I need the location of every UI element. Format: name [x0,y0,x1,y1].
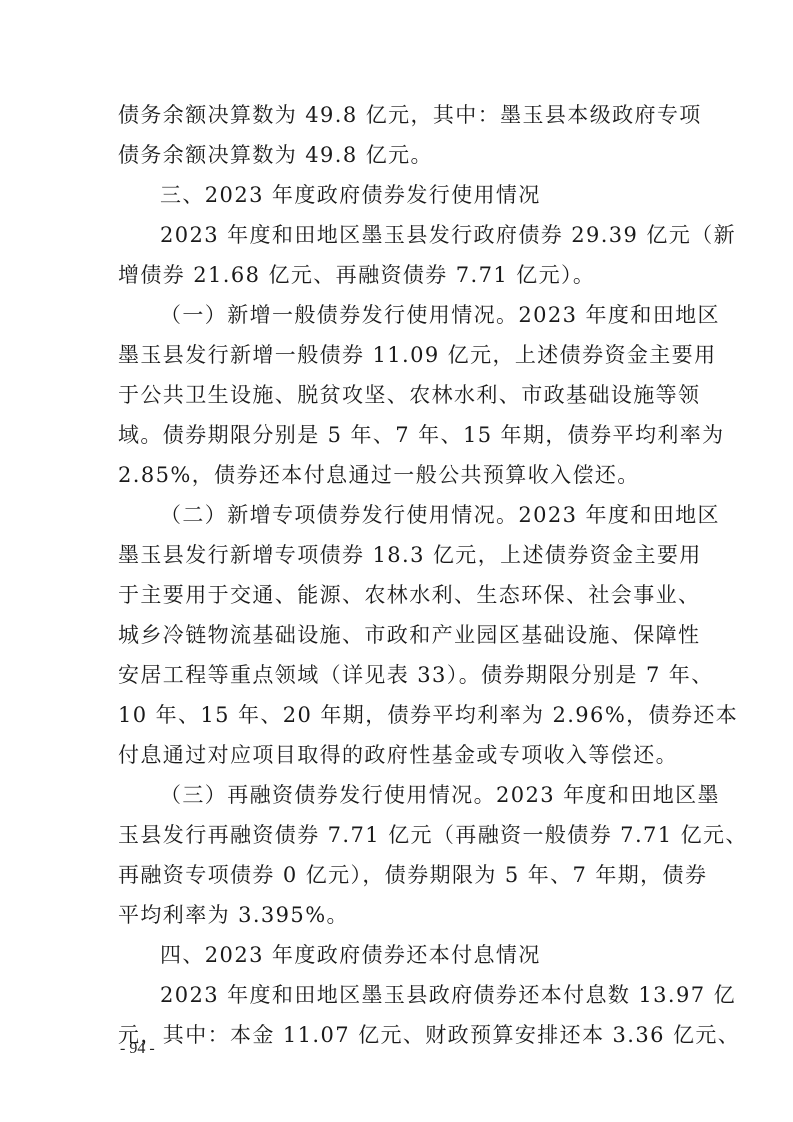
text-line: 债务余额决算数为 49.8 亿元，其中：墨玉县本级政府专项 [118,100,702,130]
text-line: 玉县发行再融资债券 7.71 亿元（再融资一般债券 7.71 亿元、 [118,820,748,850]
subsection-heading-2: （二）新增专项债券发行使用情况。2023 年度和田地区 [160,500,720,530]
text-line: 付息通过对应项目取得的政府性基金或专项收入等偿还。 [118,740,678,770]
text-line: 再融资专项债券 0 亿元），债券期限为 5 年、7 年期，债券 [118,860,707,890]
text-line: 债务余额决算数为 49.8 亿元。 [118,140,433,170]
text-line: 平均利率为 3.395%。 [118,900,349,930]
text-line: 2023 年度和田地区墨玉县政府债券还本付息数 13.97 亿 [160,980,736,1010]
text-line: 增债券 21.68 亿元、再融资债券 7.71 亿元）。 [118,260,595,290]
subsection-heading-3: （三）再融资债券发行使用情况。2023 年度和田地区墨 [160,780,720,810]
subsection-heading-1: （一）新增一般债券发行使用情况。2023 年度和田地区 [160,300,720,330]
text-line: 安居工程等重点领域（详见表 33）。债券期限分别是 7 年、 [118,660,714,690]
page-number: - 94 - [120,1040,155,1058]
text-line: 于主要用于交通、能源、农林水利、生态环保、社会事业、 [118,580,700,610]
text-line: 城乡冷链物流基础设施、市政和产业园区基础设施、保障性 [118,620,700,650]
text-line: 元，其中：本金 11.07 亿元、财政预算安排还本 3.36 亿元、 [118,1020,740,1050]
section-heading-4: 四、2023 年度政府债券还本付息情况 [160,940,541,970]
text-line: 墨玉县发行新增一般债券 11.09 亿元，上述债券资金主要用 [118,340,716,370]
text-line: 墨玉县发行新增专项债券 18.3 亿元，上述债券资金主要用 [118,540,702,570]
text-line: 10 年、15 年、20 年期，债券平均利率为 2.96%，债券还本 [118,700,738,730]
text-line: 2023 年度和田地区墨玉县发行政府债券 29.39 亿元（新 [160,220,736,250]
section-heading-3: 三、2023 年度政府债券发行使用情况 [160,180,541,210]
text-line: 2.85%，债券还本付息通过一般公共预算收入偿还。 [118,460,640,490]
text-line: 于公共卫生设施、脱贫攻坚、农林水利、市政基础设施等领 [118,380,700,410]
text-line: 域。债券期限分别是 5 年、7 年、15 年期，债券平均利率为 [118,420,725,450]
